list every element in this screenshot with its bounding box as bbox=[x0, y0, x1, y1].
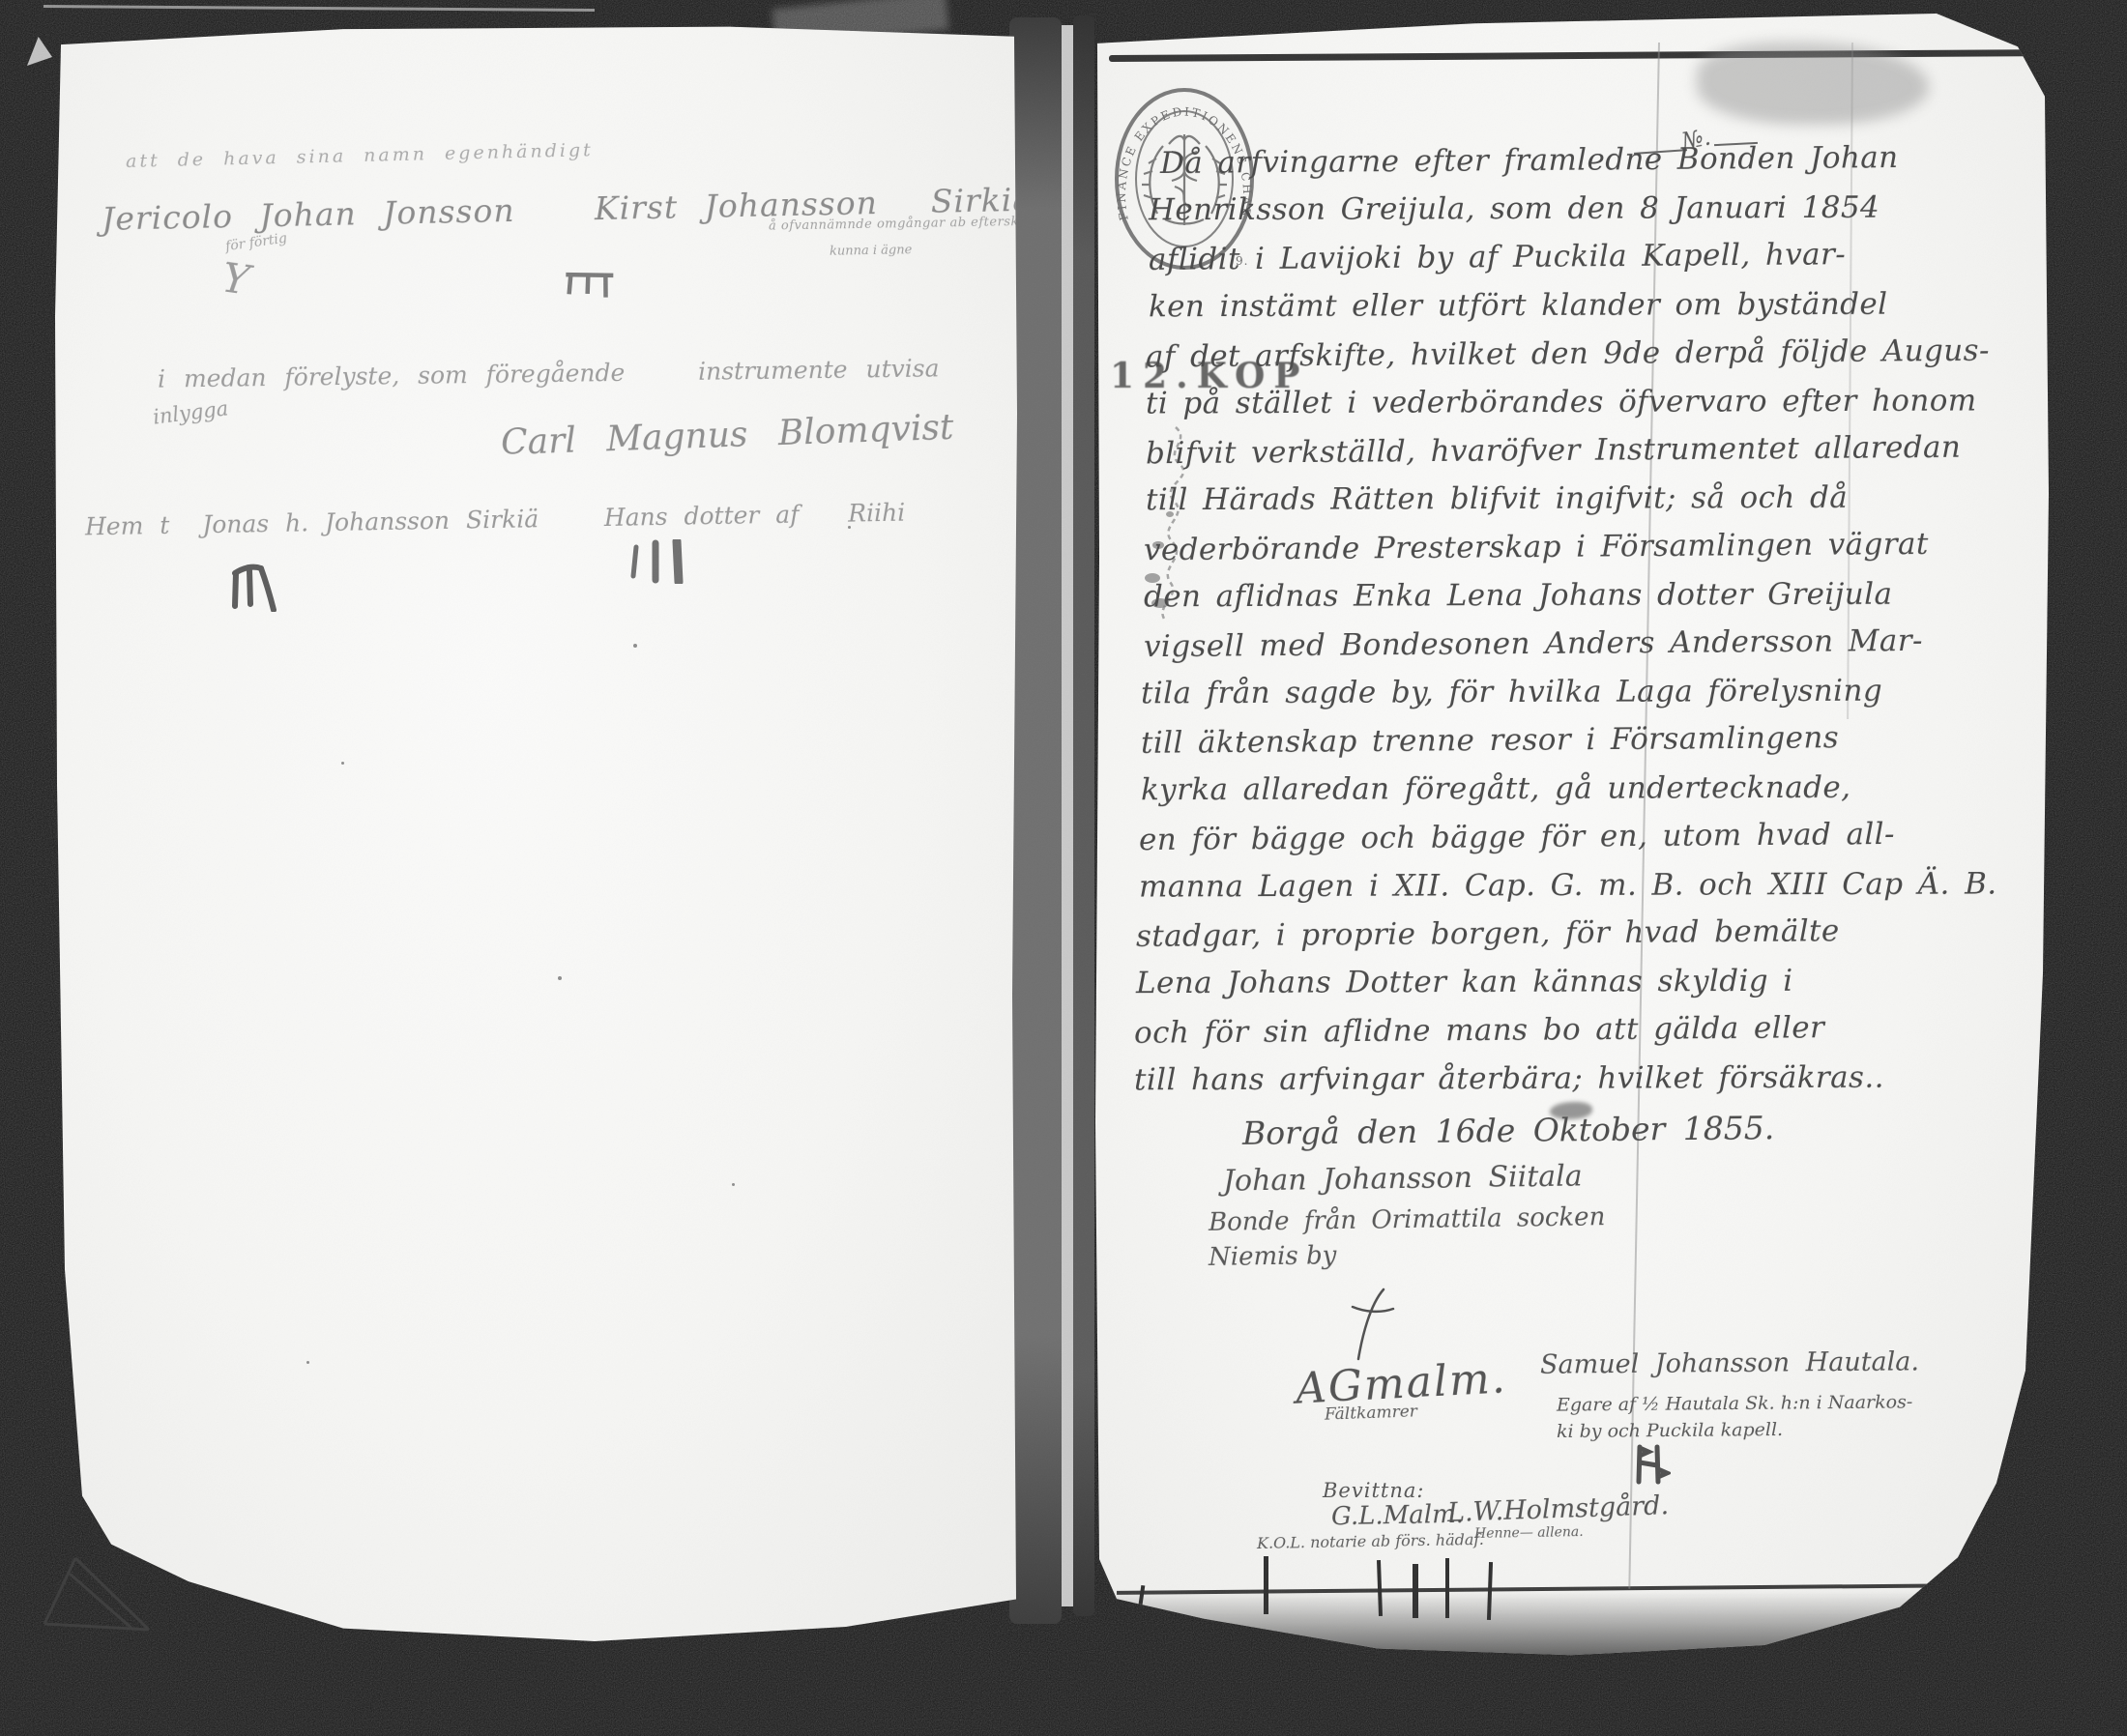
handwriting-line: aflidit i Lavijoki by af Puckila Kapell,… bbox=[1149, 237, 1846, 277]
handwriting-line: vigsell med Bondesonen Anders Andersson … bbox=[1144, 623, 1923, 664]
ink-speck bbox=[848, 526, 851, 529]
handwriting-witness-line: Hem t Jonas h. Johansson Sirkiä Hans dot… bbox=[85, 499, 906, 541]
handwriting-line: Lena Johans Dotter kan kännas skyldig i bbox=[1136, 964, 1793, 1000]
ink-speck bbox=[633, 644, 637, 648]
handwriting-line: tila från sagde by, för hvilka Laga före… bbox=[1141, 674, 1882, 711]
signature-cross-mark bbox=[1347, 1286, 1399, 1363]
signature-hautala-desc1: Egare af ½ Hautala Sk. h:n i Naarkos- bbox=[1557, 1391, 1912, 1415]
handwriting-side-note-line2: kunna i ägne bbox=[830, 243, 913, 258]
bottom-edge-mottling bbox=[1102, 1591, 2030, 1659]
bomarke-bold-mark bbox=[230, 562, 284, 612]
handwriting-clause-word: inlygga bbox=[152, 396, 230, 428]
handwriting-signature-blomqvist: Carl Magnus Blomqvist bbox=[500, 408, 954, 463]
scanned-document: att de hava sina namn egenhändigt Jerico… bbox=[0, 0, 2127, 1736]
scan-edge-streak bbox=[44, 5, 595, 12]
handwriting-dateline: Borgå den 16de Oktober 1855. bbox=[1242, 1109, 1775, 1152]
handwriting-flourish: Y bbox=[219, 253, 252, 304]
handwriting-line: blifvit verkställd, hvaröfver Instrument… bbox=[1146, 430, 1962, 472]
signature-hautala-desc2: ki by och Puckila kapell. bbox=[1557, 1419, 1783, 1442]
edge-tick bbox=[1445, 1558, 1449, 1618]
handwriting-line: en för bägge och bägge för en, utom hvad… bbox=[1139, 817, 1895, 857]
scan-edge-streak bbox=[27, 37, 52, 66]
handwriting-line: ken instämt eller utfört klander om byst… bbox=[1149, 287, 1888, 325]
bomarke-table-mark bbox=[564, 270, 617, 299]
ink-speck bbox=[341, 762, 344, 765]
ink-speck bbox=[558, 976, 562, 980]
signature-holmstgard: L.W.Holmstgård. bbox=[1447, 1490, 1670, 1528]
handwriting-clause-line: i medan förelyste, som föregående instru… bbox=[158, 354, 940, 392]
right-page: FINANCE EXPEDITIONENS CHARTÆ SEMPEL 9. 1… bbox=[1088, 14, 2054, 1668]
handwriting-line: kyrka allaredan föregått, gå underteckna… bbox=[1141, 770, 1850, 808]
handwriting-line: till hans arfvingar återbära; hvilket fö… bbox=[1134, 1060, 1884, 1098]
signature-holmstgard-desc: Henne— allena. bbox=[1474, 1524, 1584, 1542]
frame-line-top bbox=[1109, 49, 2061, 62]
handwriting-line: Då arfvingarne efter framledne Bonden Jo… bbox=[1160, 140, 1899, 181]
signature-glmalm: G.L.Malm. bbox=[1331, 1500, 1465, 1531]
binding-gutter-band bbox=[1073, 15, 1094, 1616]
handwriting-line: till äktenskap trenne resor i Församling… bbox=[1141, 720, 1839, 761]
handwriting-line: till Härads Rätten blifvit ingifvit; så … bbox=[1146, 480, 1848, 518]
binding-gutter-sliver bbox=[1062, 25, 1073, 1606]
bomarke-hautala-mark bbox=[1632, 1443, 1671, 1486]
left-page: att de hava sina namn egenhändigt Jerico… bbox=[53, 25, 1020, 1641]
handwriting-names-line: Jericolo Johan Jonsson Kirst Johansson S… bbox=[102, 177, 1196, 238]
handwriting-line: den aflidnas Enka Lena Johans dotter Gre… bbox=[1144, 577, 1892, 615]
fold-corner-triangle bbox=[35, 1548, 160, 1639]
signature-agmalm-desc: Fältkamrer bbox=[1325, 1402, 1418, 1424]
edge-tick bbox=[1413, 1564, 1418, 1618]
handwriting-line: Henriksson Greijula, som den 8 Januari 1… bbox=[1149, 190, 1879, 228]
signature-siitala-desc2: Niemis by bbox=[1209, 1241, 1337, 1272]
handwriting-line: och för sin aflidne mans bo att gälda el… bbox=[1134, 1010, 1825, 1051]
witness-heading: Bevittna: bbox=[1323, 1479, 1424, 1502]
handwriting-line: af det arfskifte, hvilket den 9de derpå … bbox=[1146, 333, 1990, 375]
handwriting-line: manna Lagen i XII. Cap. G. m. B. och XII… bbox=[1139, 866, 1997, 904]
signature-siitala-desc1: Bonde från Orimattila socken bbox=[1209, 1202, 1606, 1237]
edge-tick bbox=[1264, 1556, 1268, 1614]
handwriting-line: vederbörande Presterskap i Församlingen … bbox=[1144, 527, 1929, 567]
handwriting-attestation-line: att de hava sina namn egenhändigt bbox=[126, 139, 594, 172]
handwriting-line: stadgar, i proprie borgen, för hvad bemä… bbox=[1136, 913, 1840, 954]
ink-speck bbox=[306, 1361, 309, 1364]
tally-mark bbox=[628, 539, 690, 584]
binding-gutter-band bbox=[1009, 17, 1062, 1624]
ink-speck bbox=[732, 1183, 735, 1186]
handwriting-line: ti på stället i vederbörandes öfvervaro … bbox=[1146, 383, 1977, 420]
signature-hautala: Samuel Johansson Hautala. bbox=[1540, 1346, 1919, 1379]
signature-glmalm-desc: K.O.L. notarie ab förs. hädaf. bbox=[1257, 1530, 1484, 1552]
signature-siitala: Johan Johansson Siitala bbox=[1223, 1159, 1583, 1198]
